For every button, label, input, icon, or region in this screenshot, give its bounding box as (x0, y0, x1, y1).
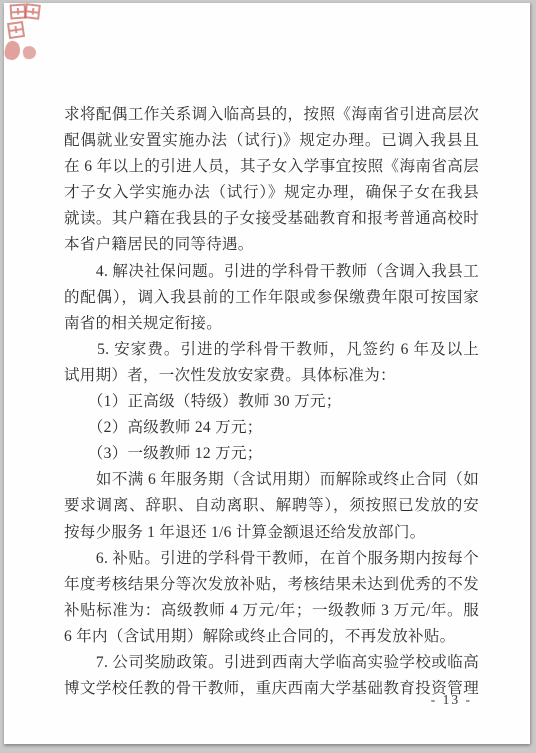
red-seal-fragment-icon (9, 3, 26, 19)
document-body-text: 求将配偶工作关系调入临高县的，按照《海南省引进高层次人才配偶就业安置实施办法（试… (64, 102, 479, 702)
text-line: 6 年内（含试用期）解除或终止合同的，不再发放补贴。 (64, 624, 479, 650)
text-line: 配偶就业安置实施办法（试行)》规定办理。已调入我县且聘期 (64, 128, 479, 154)
text-line: （3）一级教师 12 万元； (64, 441, 479, 467)
red-seal-fragment-icon (7, 21, 25, 39)
text-line: 在 6 年以上的引进人员，其子女入学事宜按照《海南省高层次人 (64, 154, 479, 180)
text-line: 的配偶），调入我县前的工作年限或参保缴费年限可按国家和海 (64, 285, 479, 311)
red-seal-fragment-icon (24, 3, 41, 20)
text-line: 4. 解决社保问题。引进的学科骨干教师（含调入我县工作 (64, 259, 479, 285)
text-line: 本省户籍居民的同等待遇。 (64, 232, 479, 258)
red-seal-fragment-icon (22, 45, 37, 60)
text-line: 补贴标准为：高级教师 4 万元/年；一级教师 3 万元/年。服务期 (64, 598, 479, 624)
text-line: 就读。其户籍在我县的子女接受基础教育和报考普通高校时享有 (64, 206, 479, 232)
text-line: 南省的相关规定衔接。 (64, 311, 479, 337)
scanned-document-viewport: 求将配偶工作关系调入临高县的，按照《海南省引进高层次人才配偶就业安置实施办法（试… (0, 0, 536, 753)
text-line: 求将配偶工作关系调入临高县的，按照《海南省引进高层次人才 (64, 102, 479, 128)
document-page: 求将配偶工作关系调入临高县的，按照《海南省引进高层次人才配偶就业安置实施办法（试… (4, 3, 530, 744)
text-line: 才子女入学实施办法（试行）》规定办理，确保子女在我县入学 (64, 180, 479, 206)
text-line: 年度考核结果分等次发放补贴，考核结果未达到优秀的不发放。 (64, 572, 479, 598)
red-seal-fragment-icon (3, 40, 22, 62)
text-line: 试用期）者，一次性发放安家费。具体标准为： (64, 363, 479, 389)
text-line: 6. 补贴。引进的学科骨干教师，在首个服务期内按每个学 (64, 546, 479, 572)
text-line: 5. 安家费。引进的学科骨干教师，凡签约 6 年及以上（含 (64, 337, 479, 363)
text-line: （1）正高级（特级）教师 30 万元； (64, 389, 479, 415)
text-line: 博文学校任教的骨干教师，重庆西南大学基础教育投资管理有限 (64, 676, 479, 702)
text-line: 如不满 6 年服务期（含试用期）而解除或终止合同（如自行 (64, 467, 479, 493)
text-line: 要求调离、辞职、自动离职、解聘等），须按照已发放的安家费 (64, 493, 479, 519)
page-number: - 13 - (431, 692, 472, 708)
text-line: 按每少服务 1 年退还 1/6 计算金额退还给发放部门。 (64, 520, 479, 546)
text-line: （2）高级教师 24 万元； (64, 415, 479, 441)
text-line: 7. 公司奖励政策。引进到西南大学临高实验学校或临高县 (64, 650, 479, 676)
